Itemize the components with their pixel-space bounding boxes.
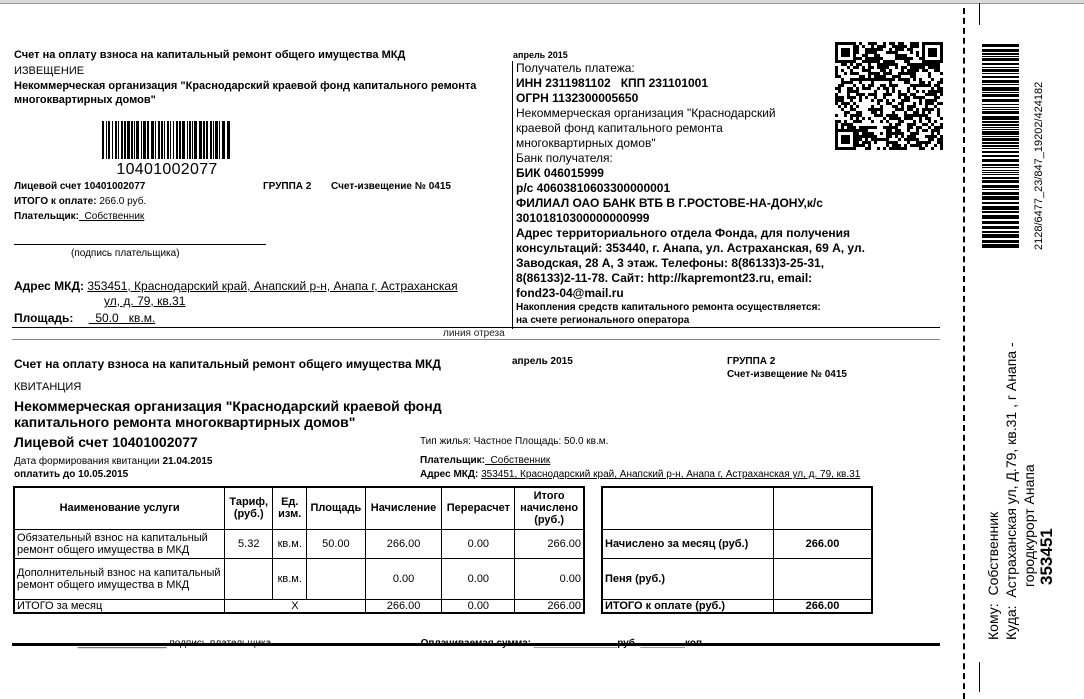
signature-line — [14, 244, 266, 245]
notice-area: Площадь: 50.0 кв.м. — [14, 311, 155, 325]
envelope-edge-bottom — [979, 662, 980, 692]
recipient-bank-line1: ФИЛИАЛ ОАО БАНК ВТБ В Г.РОСТОВЕ-НА-ДОНУ,… — [516, 196, 936, 211]
notice-payer-value: Собственник — [79, 211, 144, 222]
notice-org-name: Некоммерческая организация "Краснодарски… — [14, 80, 476, 108]
cut-line-bottom — [12, 339, 940, 340]
services-table-header: Наименование услуги Тариф, (руб.) Ед. из… — [14, 487, 584, 529]
signature-caption: (подпись плательщика) — [71, 248, 180, 259]
footer-thick-line — [12, 643, 940, 646]
barcode-image — [102, 121, 232, 159]
cell-tariff — [225, 558, 273, 599]
recipient-office-line4: 8(86133)2-11-78. Сайт: http://kapremont2… — [516, 271, 936, 286]
notice-payer-label: Плательщик: — [14, 211, 79, 222]
notice-org-line1: Некоммерческая организация "Краснодарски… — [14, 80, 476, 94]
notice-invoice-number: Счет-извещение № 0415 — [331, 181, 451, 192]
envelope-where: Куда: Астраханская ул, Д.79, кв.31 , г А… — [1003, 342, 1019, 640]
cell-total-sum: 266.00 — [515, 599, 584, 613]
notice-total: ИТОГО к оплате: 266.0 руб. — [14, 196, 146, 207]
notice-barcode — [102, 121, 232, 159]
receipt-housing-info: Тип жилья: Частное Площадь: 50.0 кв.м. — [420, 436, 608, 447]
cell-accrued: 266.00 — [365, 529, 442, 558]
cell-total-recalc: 0.00 — [442, 599, 515, 613]
receipt-date-label: Дата формирования квитанции — [14, 456, 162, 467]
receipt-payer-value: Собственник — [485, 455, 550, 466]
cell-area — [307, 558, 365, 599]
envelope-where-label: Куда: — [1003, 605, 1019, 640]
notice-area-value: 50.0 кв.м. — [89, 311, 156, 325]
notice-address-line1: 353451, Краснодарский край, Анапский р-н… — [87, 279, 457, 293]
col-accrued: Начисление — [365, 487, 442, 529]
col-area: Площадь — [307, 487, 365, 529]
summary-label — [602, 487, 774, 529]
notice-org-line2: многоквартирных домов" — [14, 94, 476, 108]
envelope-postcode: 353451 — [1037, 528, 1057, 585]
receipt-date-value: 21.04.2015 — [162, 456, 212, 467]
recipient-savings-line2: на счете регионального оператора — [516, 314, 936, 327]
cell-total-accrued: 266.00 — [365, 599, 442, 613]
receipt-invoice-number: Счет-извещение № 0415 — [727, 369, 847, 380]
receipt-payer: Плательщик: Собственник — [420, 455, 550, 466]
notice-address: Адрес МКД: 353451, Краснодарский край, А… — [14, 279, 458, 293]
summary-value: 266.00 — [774, 599, 873, 613]
notice-title: Счет на оплату взноса на капитальный рем… — [14, 49, 405, 61]
services-table: Наименование услуги Тариф, (руб.) Ед. из… — [13, 486, 585, 614]
receipt-title: Счет на оплату взноса на капитальный рем… — [14, 357, 441, 371]
summary-label: ИТОГО к оплате (руб.) — [602, 599, 774, 613]
notice-payer: Плательщик: Собственник — [14, 211, 144, 222]
summary-value: 266.00 — [774, 529, 873, 558]
receipt-org-line2: капитального ремонта многоквартирных дом… — [14, 414, 442, 430]
cell-area: 50.00 — [307, 529, 365, 558]
table-total-row: ИТОГО за месяц X 266.00 0.00 266.00 — [14, 599, 584, 613]
barcode-number: 10401002077 — [102, 161, 232, 179]
summary-value — [774, 487, 873, 529]
cell-unit: кв.м. — [273, 558, 307, 599]
cell-total: 266.00 — [515, 529, 584, 558]
summary-row: Начислено за месяц (руб.) 266.00 — [602, 529, 872, 558]
recipient-period: апрель 2015 — [513, 50, 568, 60]
receipt-doc-type: КВИТАНЦИЯ — [14, 381, 81, 393]
summary-label: Начислено за месяц (руб.) — [602, 529, 774, 558]
cell-recalc: 0.00 — [442, 529, 515, 558]
summary-value — [774, 558, 873, 599]
cell-total-label: ИТОГО за месяц — [14, 599, 225, 613]
receipt-address-label: Адрес МКД: — [420, 469, 478, 480]
envelope-to: Кому: Собственник — [985, 512, 1001, 640]
envelope-barcode — [982, 44, 1019, 250]
receipt-period: апрель 2015 — [512, 356, 573, 367]
cell-service: Обязательный взнос на капитальный ремонт… — [14, 529, 225, 558]
receipt-payer-label: Плательщик: — [420, 455, 485, 466]
notice-total-label: ИТОГО к оплате: — [14, 196, 97, 207]
recipient-office-line3: Заводская, 28 А, 3 этаж. Телефоны: 8(861… — [516, 256, 936, 271]
summary-table: Начислено за месяц (руб.) 266.00 Пеня (р… — [601, 486, 873, 614]
cell-tariff: 5.32 — [225, 529, 273, 558]
receipt-pay-by: оплатить до 10.05.2015 — [14, 469, 128, 480]
cell-total-x: X — [225, 599, 365, 613]
receipt-org: Некоммерческая организация "Краснодарски… — [14, 398, 442, 430]
recipient-bank-line2: 30101810300000000999 — [516, 211, 936, 226]
recipient-savings-line1: Накопления средств капитального ремонта … — [516, 301, 936, 314]
fold-dashed-line — [963, 8, 965, 699]
col-unit: Ед. изм. — [273, 487, 307, 529]
col-recalc: Перерасчет — [442, 487, 515, 529]
notice-address-label: Адрес МКД: — [14, 279, 84, 293]
cell-service: Дополнительный взнос на капитальный ремо… — [14, 558, 225, 599]
receipt-address-value: 353451, Краснодарский край, Анапский р-н… — [481, 469, 860, 480]
receipt-address: Адрес МКД: 353451, Краснодарский край, А… — [420, 469, 860, 480]
col-service-name: Наименование услуги — [14, 487, 225, 529]
col-total-accrued: Итого начислено (руб.) — [515, 487, 584, 529]
envelope-to-value: Собственник — [985, 512, 1001, 596]
notice-account: Лицевой счет 10401002077 — [14, 181, 145, 192]
col-tariff: Тариф, (руб.) — [225, 487, 273, 529]
receipt-date: Дата формирования квитанции 21.04.2015 — [14, 456, 213, 467]
recipient-bik: БИК 046015999 — [516, 166, 936, 181]
notice-doc-type: ИЗВЕЩЕНИЕ — [14, 65, 84, 77]
qr-code — [835, 42, 943, 150]
cell-total: 0.00 — [515, 558, 584, 599]
notice-address-line2: ул, д. 79, кв.31 — [104, 294, 185, 308]
receipt-account: Лицевой счет 10401002077 — [14, 434, 198, 450]
receipt-group: ГРУППА 2 — [727, 356, 775, 367]
recipient-office-line2: консультаций: 353440, г. Анапа, ул. Астр… — [516, 241, 936, 256]
table-row: Обязательный взнос на капитальный ремонт… — [14, 529, 584, 558]
table-row: Дополнительный взнос на капитальный ремо… — [14, 558, 584, 599]
recipient-bank-heading: Банк получателя: — [516, 151, 936, 166]
window-top-edge — [0, 0, 1084, 4]
envelope-to-label: Кому: — [985, 603, 1001, 640]
envelope-where-line1: Астраханская ул, Д.79, кв.31 , г Анапа - — [1003, 342, 1019, 597]
envelope-edge-top — [979, 3, 980, 25]
summary-row: Пеня (руб.) — [602, 558, 872, 599]
notice-total-value: 266.0 руб. — [99, 196, 146, 207]
envelope-barcode-code: 2128/6477_23/847_19202/424182 — [1033, 82, 1045, 250]
summary-row: ИТОГО к оплате (руб.) 266.00 — [602, 599, 872, 613]
cell-recalc: 0.00 — [442, 558, 515, 599]
recipient-office-line1: Адрес территориального отдела Фонда, для… — [516, 226, 936, 241]
recipient-office-line5: fond23-04@mail.ru — [516, 286, 936, 301]
summary-row — [602, 487, 872, 529]
notice-area-label: Площадь: — [14, 311, 73, 325]
receipt-org-line1: Некоммерческая организация "Краснодарски… — [14, 398, 442, 414]
cut-line-label: линия отреза — [443, 328, 505, 339]
summary-label: Пеня (руб.) — [602, 558, 774, 599]
recipient-account: р/с 40603810603300000001 — [516, 181, 936, 196]
cell-accrued: 0.00 — [365, 558, 442, 599]
cell-unit: кв.м. — [273, 529, 307, 558]
envelope-where-line2: городкурорт Анапа — [1021, 464, 1037, 587]
notice-group: ГРУППА 2 — [263, 181, 311, 192]
